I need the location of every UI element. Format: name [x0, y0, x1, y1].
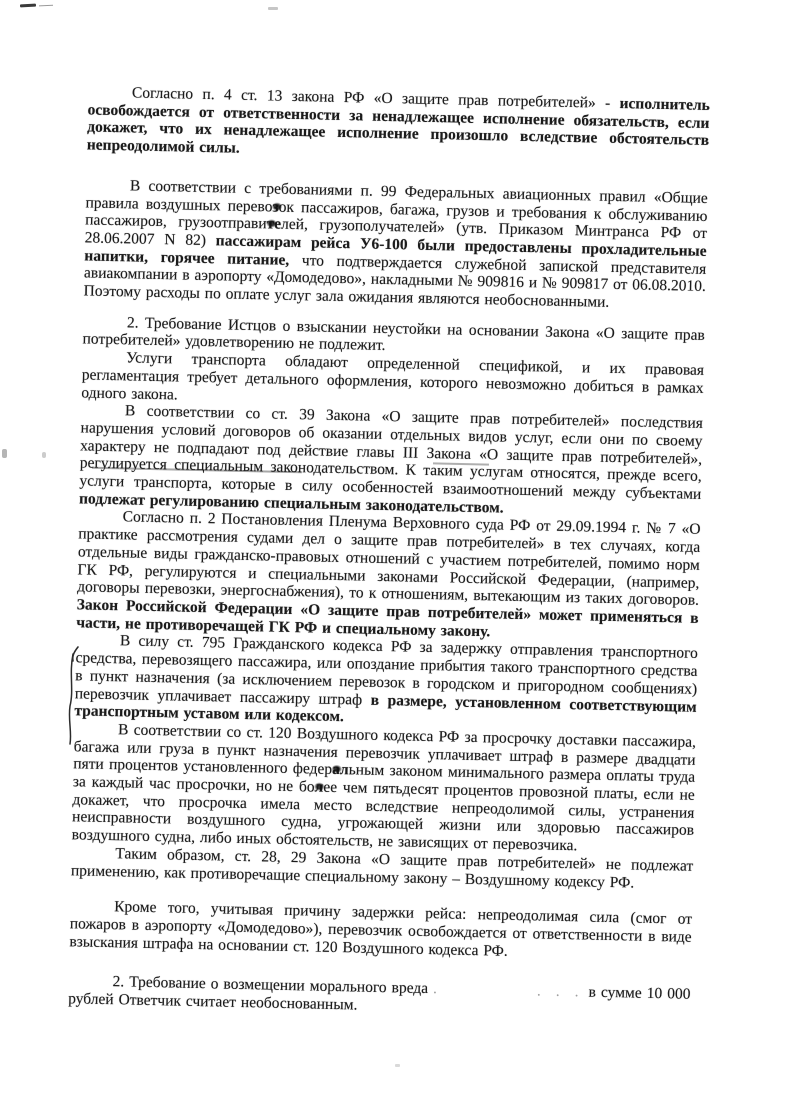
paragraph: В соответствии с требованиями п. 99 Феде… — [83, 176, 708, 313]
scanned-document-page: Согласно п. 4 ст. 13 закона РФ «О защите… — [0, 0, 800, 1100]
text-run — [442, 994, 537, 996]
paragraph: В соответствии со ст. 120 Воздушного код… — [72, 720, 697, 857]
text-run-faint: . . . — [537, 983, 584, 1001]
scan-artifact-dash — [20, 4, 36, 8]
scan-artifact-speck — [395, 1064, 400, 1067]
text-run: Согласно п. 2 Постановления Пленума Верх… — [77, 509, 701, 609]
text-run-overstrike: з — [272, 198, 279, 215]
text-run: 2. Требование Истцов о взыскании неустой… — [82, 314, 705, 354]
paragraph: В силу ст. 795 Гражданского кодекса РФ з… — [74, 632, 698, 734]
paragraph: 2. Требование о возмещении морального вр… — [68, 973, 691, 1022]
text-run-overstrike: л — [314, 779, 323, 796]
paragraph: Кроме того, учитывая причину задержки ре… — [69, 897, 692, 964]
scan-artifact-speck — [2, 449, 7, 458]
text-run: Кроме того, учитывая причину задержки ре… — [69, 898, 692, 959]
document-paragraphs: Согласно п. 4 ст. 13 закона РФ «О защите… — [68, 83, 710, 1021]
paragraph: Согласно п. 2 Постановления Пленума Верх… — [76, 508, 701, 645]
text-run-overstrike: ал — [332, 761, 349, 778]
scan-artifact-speck — [42, 452, 46, 458]
scan-artifact-dash — [268, 7, 278, 10]
text-run-faint: . — [433, 981, 442, 998]
text-run: В соответствии со ст. 39 Закона «О защит… — [79, 403, 703, 503]
paragraph: Согласно п. 4 ст. 13 закона РФ «О защите… — [87, 83, 710, 167]
paragraph: В соответствии со ст. 39 Закона «О защит… — [79, 402, 703, 522]
text-run-overstrike: те — [266, 216, 281, 233]
